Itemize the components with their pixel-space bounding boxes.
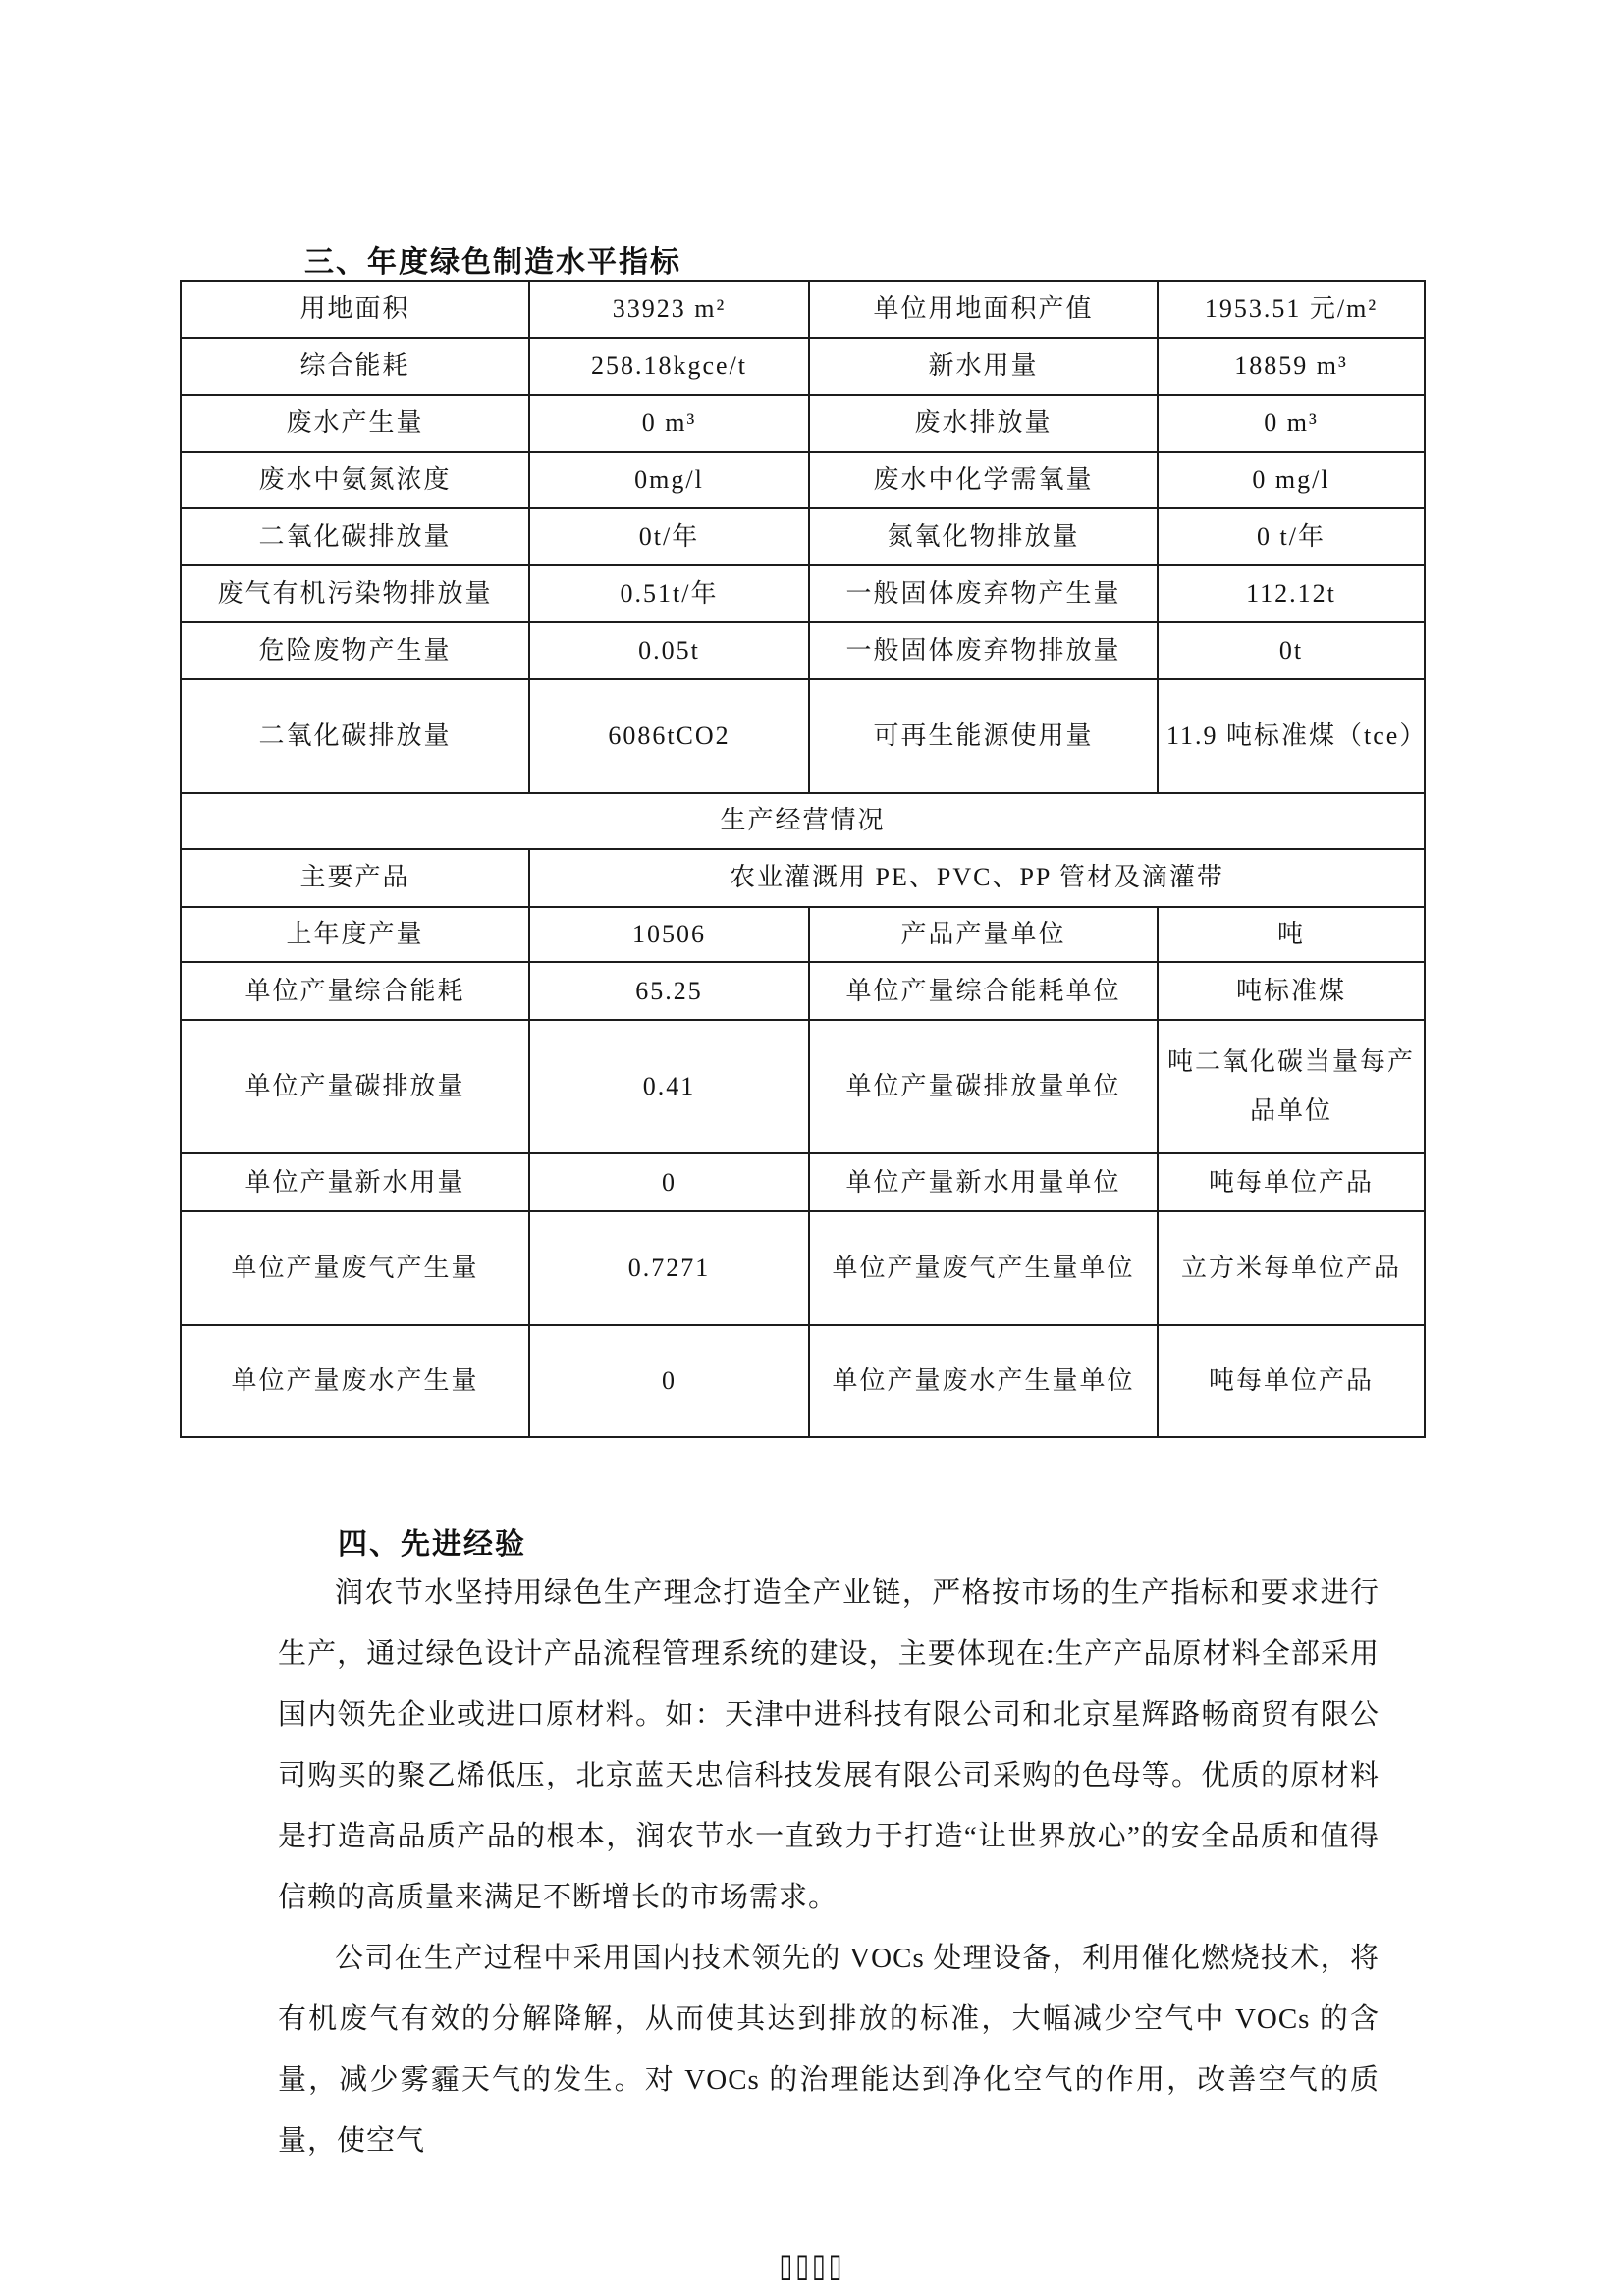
metric-value: 0.41 xyxy=(529,1020,809,1153)
table-row: 废水中氨氮浓度 0mg/l 废水中化学需氧量 0 mg/l xyxy=(181,452,1425,508)
table-row: 单位产量综合能耗 65.25 单位产量综合能耗单位 吨标准煤 xyxy=(181,962,1425,1020)
metric-label: 单位产量综合能耗 xyxy=(181,962,529,1020)
metric-value: 1953.51 元/m² xyxy=(1158,281,1425,338)
metric-label: 二氧化碳排放量 xyxy=(181,679,529,793)
main-product-value: 农业灌溉用 PE、PVC、PP 管材及滴灌带 xyxy=(529,849,1425,907)
metric-label: 新水用量 xyxy=(809,338,1158,395)
metric-value: 33923 m² xyxy=(529,281,809,338)
table-section-header-row: 生产经营情况 xyxy=(181,793,1425,849)
metric-label: 单位产量废水产生量 xyxy=(181,1325,529,1437)
metric-label: 废水中氨氮浓度 xyxy=(181,452,529,508)
table-row: 主要产品 农业灌溉用 PE、PVC、PP 管材及滴灌带 xyxy=(181,849,1425,907)
section-heading-annual-green-manufacturing-indicators: 三、年度绿色制造水平指标 xyxy=(304,245,681,281)
metric-value: 立方米每单位产品 xyxy=(1158,1211,1425,1325)
metric-value: 0 m³ xyxy=(529,395,809,452)
metric-label: 二氧化碳排放量 xyxy=(181,508,529,565)
metric-value: 258.18kgce/t xyxy=(529,338,809,395)
metric-value: 吨每单位产品 xyxy=(1158,1325,1425,1437)
metric-label: 可再生能源使用量 xyxy=(809,679,1158,793)
metric-value: 吨 xyxy=(1158,907,1425,963)
production-status-header: 生产经营情况 xyxy=(181,793,1425,849)
document-page: { "page": { "section3_heading": "三、年度绿色制… xyxy=(0,0,1624,2296)
metric-value: 吨二氧化碳当量每产品单位 xyxy=(1158,1020,1425,1153)
green-manufacturing-indicators-table: 用地面积 33923 m² 单位用地面积产值 1953.51 元/m² 综合能耗… xyxy=(180,280,1426,1438)
metric-value: 18859 m³ xyxy=(1158,338,1425,395)
metric-value: 6086tCO2 xyxy=(529,679,809,793)
metric-label: 单位产量综合能耗单位 xyxy=(809,962,1158,1020)
table-row: 二氧化碳排放量 0t/年 氮氧化物排放量 0 t/年 xyxy=(181,508,1425,565)
metric-label: 主要产品 xyxy=(181,849,529,907)
table-row: 上年度产量 10506 产品产量单位 吨 xyxy=(181,907,1425,963)
metric-label: 废水中化学需氧量 xyxy=(809,452,1158,508)
metric-label: 氮氧化物排放量 xyxy=(809,508,1158,565)
paragraph-green-production-philosophy: 润农节水坚持用绿色生产理念打造全产业链，严格按市场的生产指标和要求进行生产，通过… xyxy=(278,1563,1380,1928)
metric-value: 65.25 xyxy=(529,962,809,1020)
advanced-experience-text-block: 润农节水坚持用绿色生产理念打造全产业链，严格按市场的生产指标和要求进行生产，通过… xyxy=(278,1563,1380,2171)
metric-label: 用地面积 xyxy=(181,281,529,338)
metric-value: 0mg/l xyxy=(529,452,809,508)
table-row: 二氧化碳排放量 6086tCO2 可再生能源使用量 11.9 吨标准煤（tce） xyxy=(181,679,1425,793)
metric-label: 废水排放量 xyxy=(809,395,1158,452)
table-row: 单位产量新水用量 0 单位产量新水用量单位 吨每单位产品 xyxy=(181,1153,1425,1211)
metric-value: 0.7271 xyxy=(529,1211,809,1325)
metric-label: 单位产量新水用量 xyxy=(181,1153,529,1211)
table-row: 用地面积 33923 m² 单位用地面积产值 1953.51 元/m² xyxy=(181,281,1425,338)
metric-value: 0 t/年 xyxy=(1158,508,1425,565)
table-row: 单位产量碳排放量 0.41 单位产量碳排放量单位 吨二氧化碳当量每产品单位 xyxy=(181,1020,1425,1153)
metric-value: 0.05t xyxy=(529,622,809,679)
metric-label: 单位产量废水产生量单位 xyxy=(809,1325,1158,1437)
metric-value: 吨每单位产品 xyxy=(1158,1153,1425,1211)
metric-value: 吨标准煤 xyxy=(1158,962,1425,1020)
metric-value: 112.12t xyxy=(1158,565,1425,622)
metric-label: 单位产量废气产生量 xyxy=(181,1211,529,1325)
metric-label: 上年度产量 xyxy=(181,907,529,963)
metric-value: 0 xyxy=(529,1325,809,1437)
table-row: 综合能耗 258.18kgce/t 新水用量 18859 m³ xyxy=(181,338,1425,395)
metric-label: 产品产量单位 xyxy=(809,907,1158,963)
table-row: 废气有机污染物排放量 0.51t/年 一般固体废弃物产生量 112.12t xyxy=(181,565,1425,622)
metric-label: 单位产量新水用量单位 xyxy=(809,1153,1158,1211)
metric-label: 废气有机污染物排放量 xyxy=(181,565,529,622)
section-heading-advanced-experience: 四、先进经验 xyxy=(338,1527,526,1563)
table-row: 单位产量废气产生量 0.7271 单位产量废气产生量单位 立方米每单位产品 xyxy=(181,1211,1425,1325)
metric-label: 单位产量碳排放量 xyxy=(181,1020,529,1153)
metric-label: 一般固体废弃物排放量 xyxy=(809,622,1158,679)
metric-value: 0t xyxy=(1158,622,1425,679)
metric-label: 单位产量碳排放量单位 xyxy=(809,1020,1158,1153)
metric-value: 0 mg/l xyxy=(1158,452,1425,508)
table-row: 单位产量废水产生量 0 单位产量废水产生量单位 吨每单位产品 xyxy=(181,1325,1425,1437)
metric-label: 单位用地面积产值 xyxy=(809,281,1158,338)
paragraph-vocs-treatment: 公司在生产过程中采用国内技术领先的 VOCs 处理设备，利用催化燃烧技术，将有机… xyxy=(278,1928,1380,2171)
metric-label: 危险废物产生量 xyxy=(181,622,529,679)
metric-label: 废水产生量 xyxy=(181,395,529,452)
metric-value: 11.9 吨标准煤（tce） xyxy=(1158,679,1425,793)
table-row: 废水产生量 0 m³ 废水排放量 0 m³ xyxy=(181,395,1425,452)
metric-value: 0 xyxy=(529,1153,809,1211)
metric-value: 0.51t/年 xyxy=(529,565,809,622)
table-row: 危险废物产生量 0.05t 一般固体废弃物排放量 0t xyxy=(181,622,1425,679)
metric-label: 一般固体废弃物产生量 xyxy=(809,565,1158,622)
metric-value: 0t/年 xyxy=(529,508,809,565)
metric-label: 单位产量废气产生量单位 xyxy=(809,1211,1158,1325)
metric-label: 综合能耗 xyxy=(181,338,529,395)
metric-value: 0 m³ xyxy=(1158,395,1425,452)
footer-missing-glyph-boxes: ▯▯▯▯ xyxy=(0,2246,1624,2284)
metric-value: 10506 xyxy=(529,907,809,963)
